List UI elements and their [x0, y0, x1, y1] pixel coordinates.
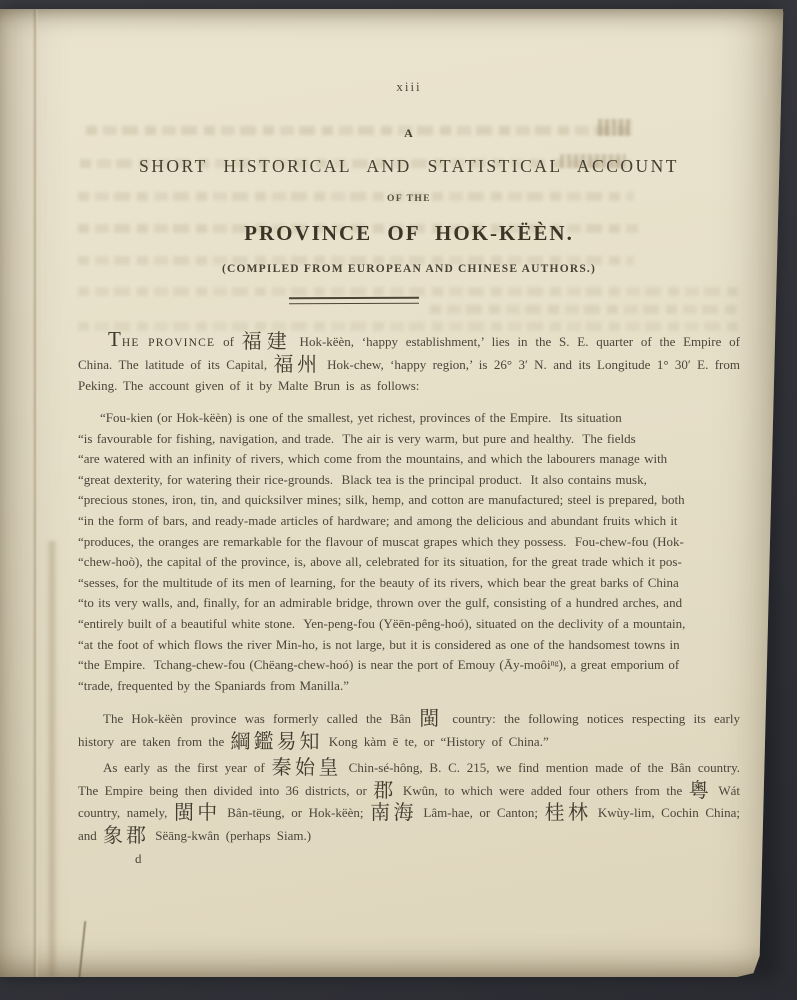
quote-line: “great dexterity, for watering their ric… — [78, 470, 740, 491]
history-paragraph-1: The Hok-këèn province was formerly calle… — [78, 708, 740, 753]
chinese-characters-kong-kam-e-te: 綱鑑易知 — [231, 731, 323, 753]
history-text: As early as the first year of — [103, 760, 271, 775]
chinese-characters-qin-shi-huang: 秦始皇 — [271, 757, 341, 779]
signature-mark: d — [135, 851, 740, 867]
book-photograph: xiii A SHORT HISTORICAL AND STATISTICAL … — [0, 0, 797, 1000]
chinese-characters-ban-teung: 閩中 — [174, 802, 221, 824]
chinese-characters-fuzhou: 福州 — [274, 354, 321, 376]
chinese-characters-fujian: 福建 — [242, 331, 292, 353]
intro-paragraph: THE PROVINCE of 福建 Hok-këèn, ‘happy esta… — [78, 329, 740, 396]
quote-line: “chew-hoò), the capital of the province,… — [78, 552, 740, 573]
quote-line: “in the form of bars, and ready-made art… — [78, 511, 740, 532]
dropcap-letter: T — [108, 327, 122, 351]
history-text: The Hok-këèn province was formerly calle… — [103, 711, 419, 726]
heading-of-the: OF THE — [78, 193, 740, 205]
chinese-characters-lam-hae: 南海 — [370, 802, 417, 824]
chinese-character-min: 閩 — [419, 708, 444, 730]
page-content: xiii A SHORT HISTORICAL AND STATISTICAL … — [0, 9, 784, 977]
history-text: Lâm-hae, or Canton; — [417, 805, 545, 820]
quote-line: “is favourable for fishing, navigation, … — [78, 429, 740, 450]
quote-line: “Fou-kien (or Hok-këèn) is one of the sm… — [78, 408, 740, 429]
chinese-characters-kwuy-lim: 桂林 — [545, 802, 592, 824]
book-page: xiii A SHORT HISTORICAL AND STATISTICAL … — [0, 9, 784, 977]
heading-subtitle: (COMPILED FROM EUROPEAN AND CHINESE AUTH… — [78, 262, 740, 276]
history-text: Kwûn, to which were added four others fr… — [396, 783, 688, 798]
intro-text: of — [215, 334, 241, 349]
chinese-character-yue: 粵 — [689, 780, 712, 802]
chinese-characters-seang-kwan: 象郡 — [103, 825, 149, 847]
quote-line: “entirely built of a beautiful white sto… — [78, 614, 740, 635]
history-text: Sëāng-kwân (perhaps Siam.) — [149, 828, 311, 843]
malte-brun-quotation: “Fou-kien (or Hok-këèn) is one of the sm… — [78, 408, 740, 696]
chinese-character-kwun: 郡 — [373, 780, 396, 802]
history-text: Kong kàm ē te, or “History of China.” — [323, 734, 549, 749]
page-number: xiii — [78, 79, 740, 94]
quote-line: “trade, frequented by the Spaniards from… — [78, 676, 740, 697]
double-rule-divider — [289, 297, 419, 305]
quote-line: “sesses, for the multitude of its men of… — [78, 573, 740, 594]
page-title: PROVINCE OF HOK-KËÈN. — [78, 220, 740, 247]
history-paragraph-2: As early as the first year of 秦始皇 Chin-s… — [78, 757, 740, 847]
quote-line: “to its very walls, and, finally, for an… — [78, 593, 740, 614]
quote-line: “are watered with an infinity of rivers,… — [78, 449, 740, 470]
history-text: Bân-tëung, or Hok-këèn; — [221, 805, 370, 820]
quote-line: “at the foot of which flows the river Mi… — [78, 635, 740, 656]
quote-line: “the Empire. Tchang-chew-fou (Chëang-che… — [78, 655, 740, 676]
heading-line1: SHORT HISTORICAL AND STATISTICAL ACCOUNT — [78, 155, 740, 178]
lead-small-caps: HE PROVINCE — [122, 337, 215, 349]
heading-article: A — [78, 127, 740, 140]
quote-line: “produces, the oranges are remarkable fo… — [78, 532, 740, 553]
quote-line: “precious stones, iron, tin, and quicksi… — [78, 490, 740, 511]
